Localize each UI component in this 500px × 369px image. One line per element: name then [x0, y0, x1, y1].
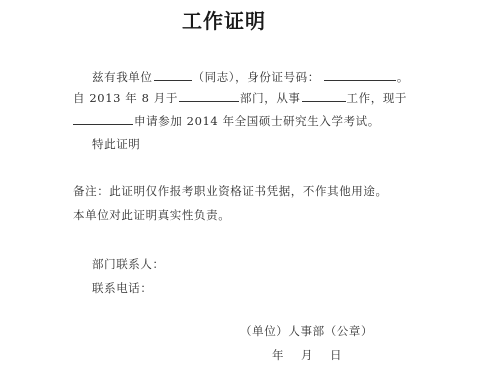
paragraph-line-3: 申请参加 2014 年全国硕士研究生入学考试。	[73, 113, 380, 129]
job-blank-field[interactable]	[302, 90, 346, 102]
date-text: 年 月 日	[272, 347, 345, 363]
id-number-blank-field[interactable]	[324, 69, 396, 81]
paragraph-line-2: 自 2013 年 8 月于部门，从事工作，现于	[73, 90, 407, 106]
note-line-2: 本单位对此证明真实性负责。	[73, 207, 230, 223]
name-blank-field[interactable]	[154, 69, 192, 81]
text-segment: 自 2013 年 8 月于	[73, 91, 178, 105]
seal-text: （单位）人事部（公章）	[240, 323, 373, 339]
department-blank-field[interactable]	[179, 90, 239, 102]
document-page: 工作证明 兹有我单位（同志），身份证号码：。 自 2013 年 8 月于部门，从…	[0, 0, 500, 369]
text-segment: （同志），身份证号码：	[193, 70, 320, 84]
text-segment: 兹有我单位	[92, 70, 153, 84]
date-blank-field[interactable]	[73, 113, 133, 125]
phone-label: 联系电话：	[92, 280, 153, 296]
text-segment: 工作，现于	[347, 91, 408, 105]
document-title: 工作证明	[182, 5, 266, 34]
text-segment: 申请参加 2014 年全国硕士研究生入学考试。	[134, 114, 380, 128]
text-segment: 。	[397, 70, 409, 84]
department-contact-label: 部门联系人：	[92, 256, 165, 272]
text-segment: 部门，从事	[240, 91, 301, 105]
certify-text: 特此证明	[92, 136, 140, 152]
note-line-1: 备注：此证明仅作报考职业资格证书凭据，不作其他用途。	[73, 183, 388, 199]
paragraph-line-1: 兹有我单位（同志），身份证号码：。	[92, 69, 409, 85]
